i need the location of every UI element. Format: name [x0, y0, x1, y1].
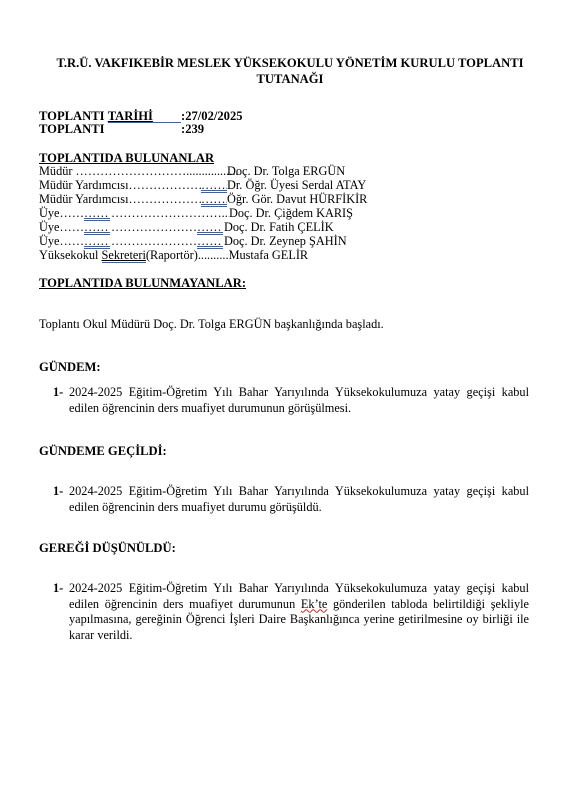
decision-heading: GEREĞİ DÜŞÜNÜLDÜ: [39, 541, 176, 556]
attendee-row: Müdür ………………………................. [39, 165, 239, 179]
grammar-flag-dots: …… [84, 221, 110, 235]
attendee-row: Üye…… [39, 207, 84, 221]
item-text: 2024-2025 Eğitim-Öğretim Yılı Bahar Yarı… [69, 484, 529, 515]
item-number: 1- [53, 385, 63, 401]
document-title: T.R.Ü. VAKFIKEBİR MESLEK YÜKSEKOKULU YÖN… [30, 55, 550, 87]
item-text: 2024-2025 Eğitim-Öğretim Yılı Bahar Yarı… [69, 581, 529, 643]
decision-item: 1- 2024-2025 Eğitim-Öğretim Yılı Bahar Y… [51, 581, 529, 643]
agenda-item: 1- 2024-2025 Eğitim-Öğretim Yılı Bahar Y… [51, 385, 529, 416]
grammar-flag-dots: ……. [201, 193, 227, 207]
grammar-flag-word: Sekreteri [102, 248, 146, 263]
meeting-number-label: TOPLANTI [39, 123, 105, 136]
attendee-name: Doç. Dr. Çiğdem KARIŞ [229, 207, 353, 221]
attendee-dots: …………………… [111, 221, 197, 235]
title-line-2: TUTANAĞI [30, 71, 550, 87]
attendee-dots: …………………… [111, 235, 197, 249]
attendee-row: Üye…… [39, 235, 84, 249]
attendee-name: Doç. Dr. Fatih ÇELİK [224, 221, 334, 235]
absentees-heading: TOPLANTIDA BULUNMAYANLAR: [39, 276, 246, 291]
attendee-name: Dr. Öğr. Üyesi Serdal ATAY [227, 179, 366, 193]
item-number: 1- [53, 581, 63, 597]
meeting-number-value: :239 [181, 123, 204, 136]
attendee-row: Yüksekokul Sekreteri(Raportör)..........… [39, 249, 308, 263]
grammar-flag-dots: ……. [201, 179, 227, 193]
title-line-1: T.R.Ü. VAKFIKEBİR MESLEK YÜKSEKOKULU YÖN… [30, 55, 550, 71]
attendee-name: Öğr. Gör. Davut HÜRFİKİR [227, 193, 367, 207]
spelling-flag-word: Ek’te [301, 597, 327, 611]
grammar-flag-dots: …… [197, 221, 223, 235]
proceeded-heading: GÜNDEME GEÇİLDİ: [39, 444, 167, 459]
attendee-row: Müdür Yardımcısı……………… [39, 193, 202, 207]
attendee-row: Müdür Yardımcısı……………… [39, 179, 202, 193]
item-text: 2024-2025 Eğitim-Öğretim Yılı Bahar Yarı… [69, 385, 529, 416]
attendee-name: Mustafa GELİR [229, 248, 309, 262]
opening-sentence: Toplantı Okul Müdürü Doç. Dr. Tolga ERGÜ… [39, 317, 384, 332]
agenda-heading: GÜNDEM: [39, 360, 101, 375]
grammar-flag-dots: …… [84, 235, 110, 249]
proceeded-item: 1- 2024-2025 Eğitim-Öğretim Yılı Bahar Y… [51, 484, 529, 515]
meeting-date-label-underlined: TARİHİ [108, 111, 181, 123]
grammar-flag-dots: …… [84, 207, 110, 221]
attendee-name: Doç. Dr. Tolga ERGÜN [227, 165, 345, 179]
attendee-row: Üye…… [39, 221, 84, 235]
grammar-flag-dots: …… [197, 235, 223, 249]
attendee-dots: ………………………...... [111, 207, 229, 221]
item-number: 1- [53, 484, 63, 500]
attendee-name: Doç. Dr. Zeynep ŞAHİN [224, 235, 347, 249]
